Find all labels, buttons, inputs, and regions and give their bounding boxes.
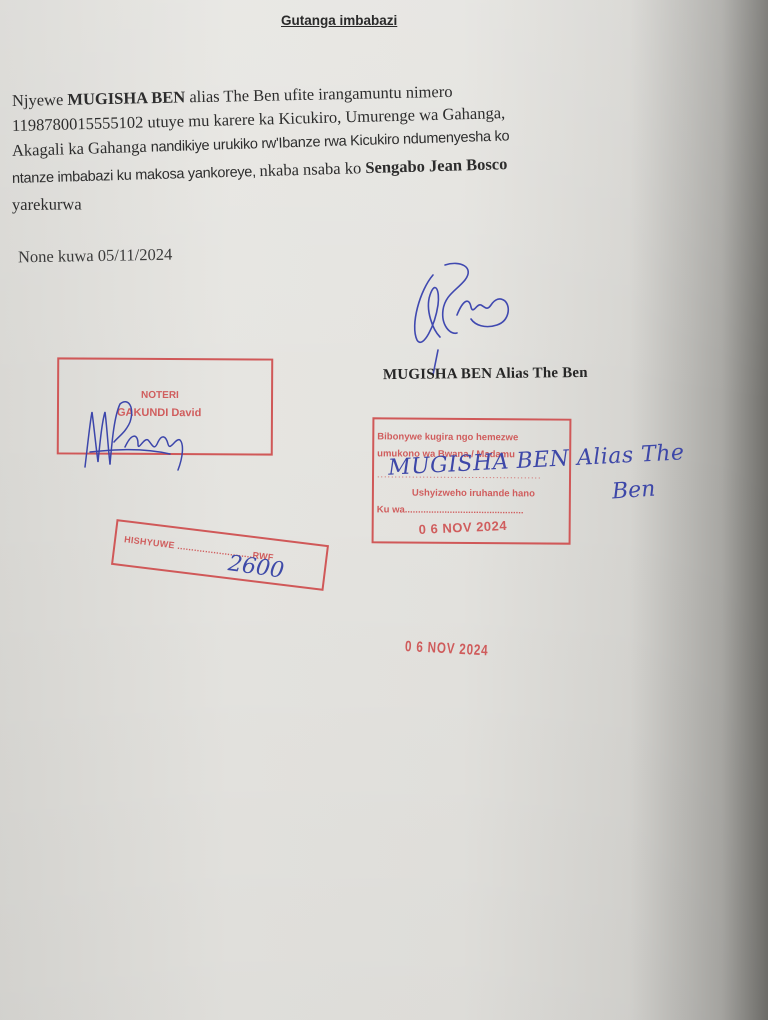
signature-acknowledgement-stamp: Bibonywe kugira ngo hemezwe umukono wa B…: [372, 417, 572, 544]
body-text: Akagali ka Gahanga: [12, 137, 151, 160]
place-date-line: None kuwa 05/11/2024: [18, 245, 173, 268]
body-text: ntanze imbabazi ku makosa yankoreye,: [12, 164, 260, 187]
declarant-signature: [405, 255, 525, 375]
body-text: nandikiye urukiko rw'Ibanze rwa Kicukiro…: [151, 128, 510, 155]
ack-stamp-line-5: Ku wa...................................…: [377, 504, 524, 516]
ack-stamp-line-4: Ushyizweho iruhande hano: [412, 488, 535, 500]
declarant-name: MUGISHA BEN: [67, 87, 185, 108]
fee-paid-stamp: HISHYUWE ...........................RWF: [111, 519, 329, 591]
document-body: Njyewe MUGISHA BEN alias The Ben ufite i…: [12, 88, 652, 217]
body-text: Njyewe: [12, 90, 68, 110]
date-stamp: 0 6 NOV 2024: [405, 638, 489, 659]
body-line-5: yarekurwa: [12, 186, 652, 217]
signer-name: MUGISHA BEN Alias The Ben: [383, 365, 588, 384]
notary-signature: [80, 392, 195, 477]
body-text: nkaba nsaba ko: [259, 158, 365, 180]
beneficiary-name: Sengabo Jean Bosco: [365, 154, 508, 177]
document-title: Gutanga imbabazi: [281, 13, 397, 28]
ack-stamp-date: 0 6 NOV 2024: [418, 518, 507, 537]
ack-stamp-line-1: Bibonywe kugira ngo hemezwe: [377, 431, 518, 443]
handwritten-signer-name-continued: Ben: [611, 477, 656, 505]
